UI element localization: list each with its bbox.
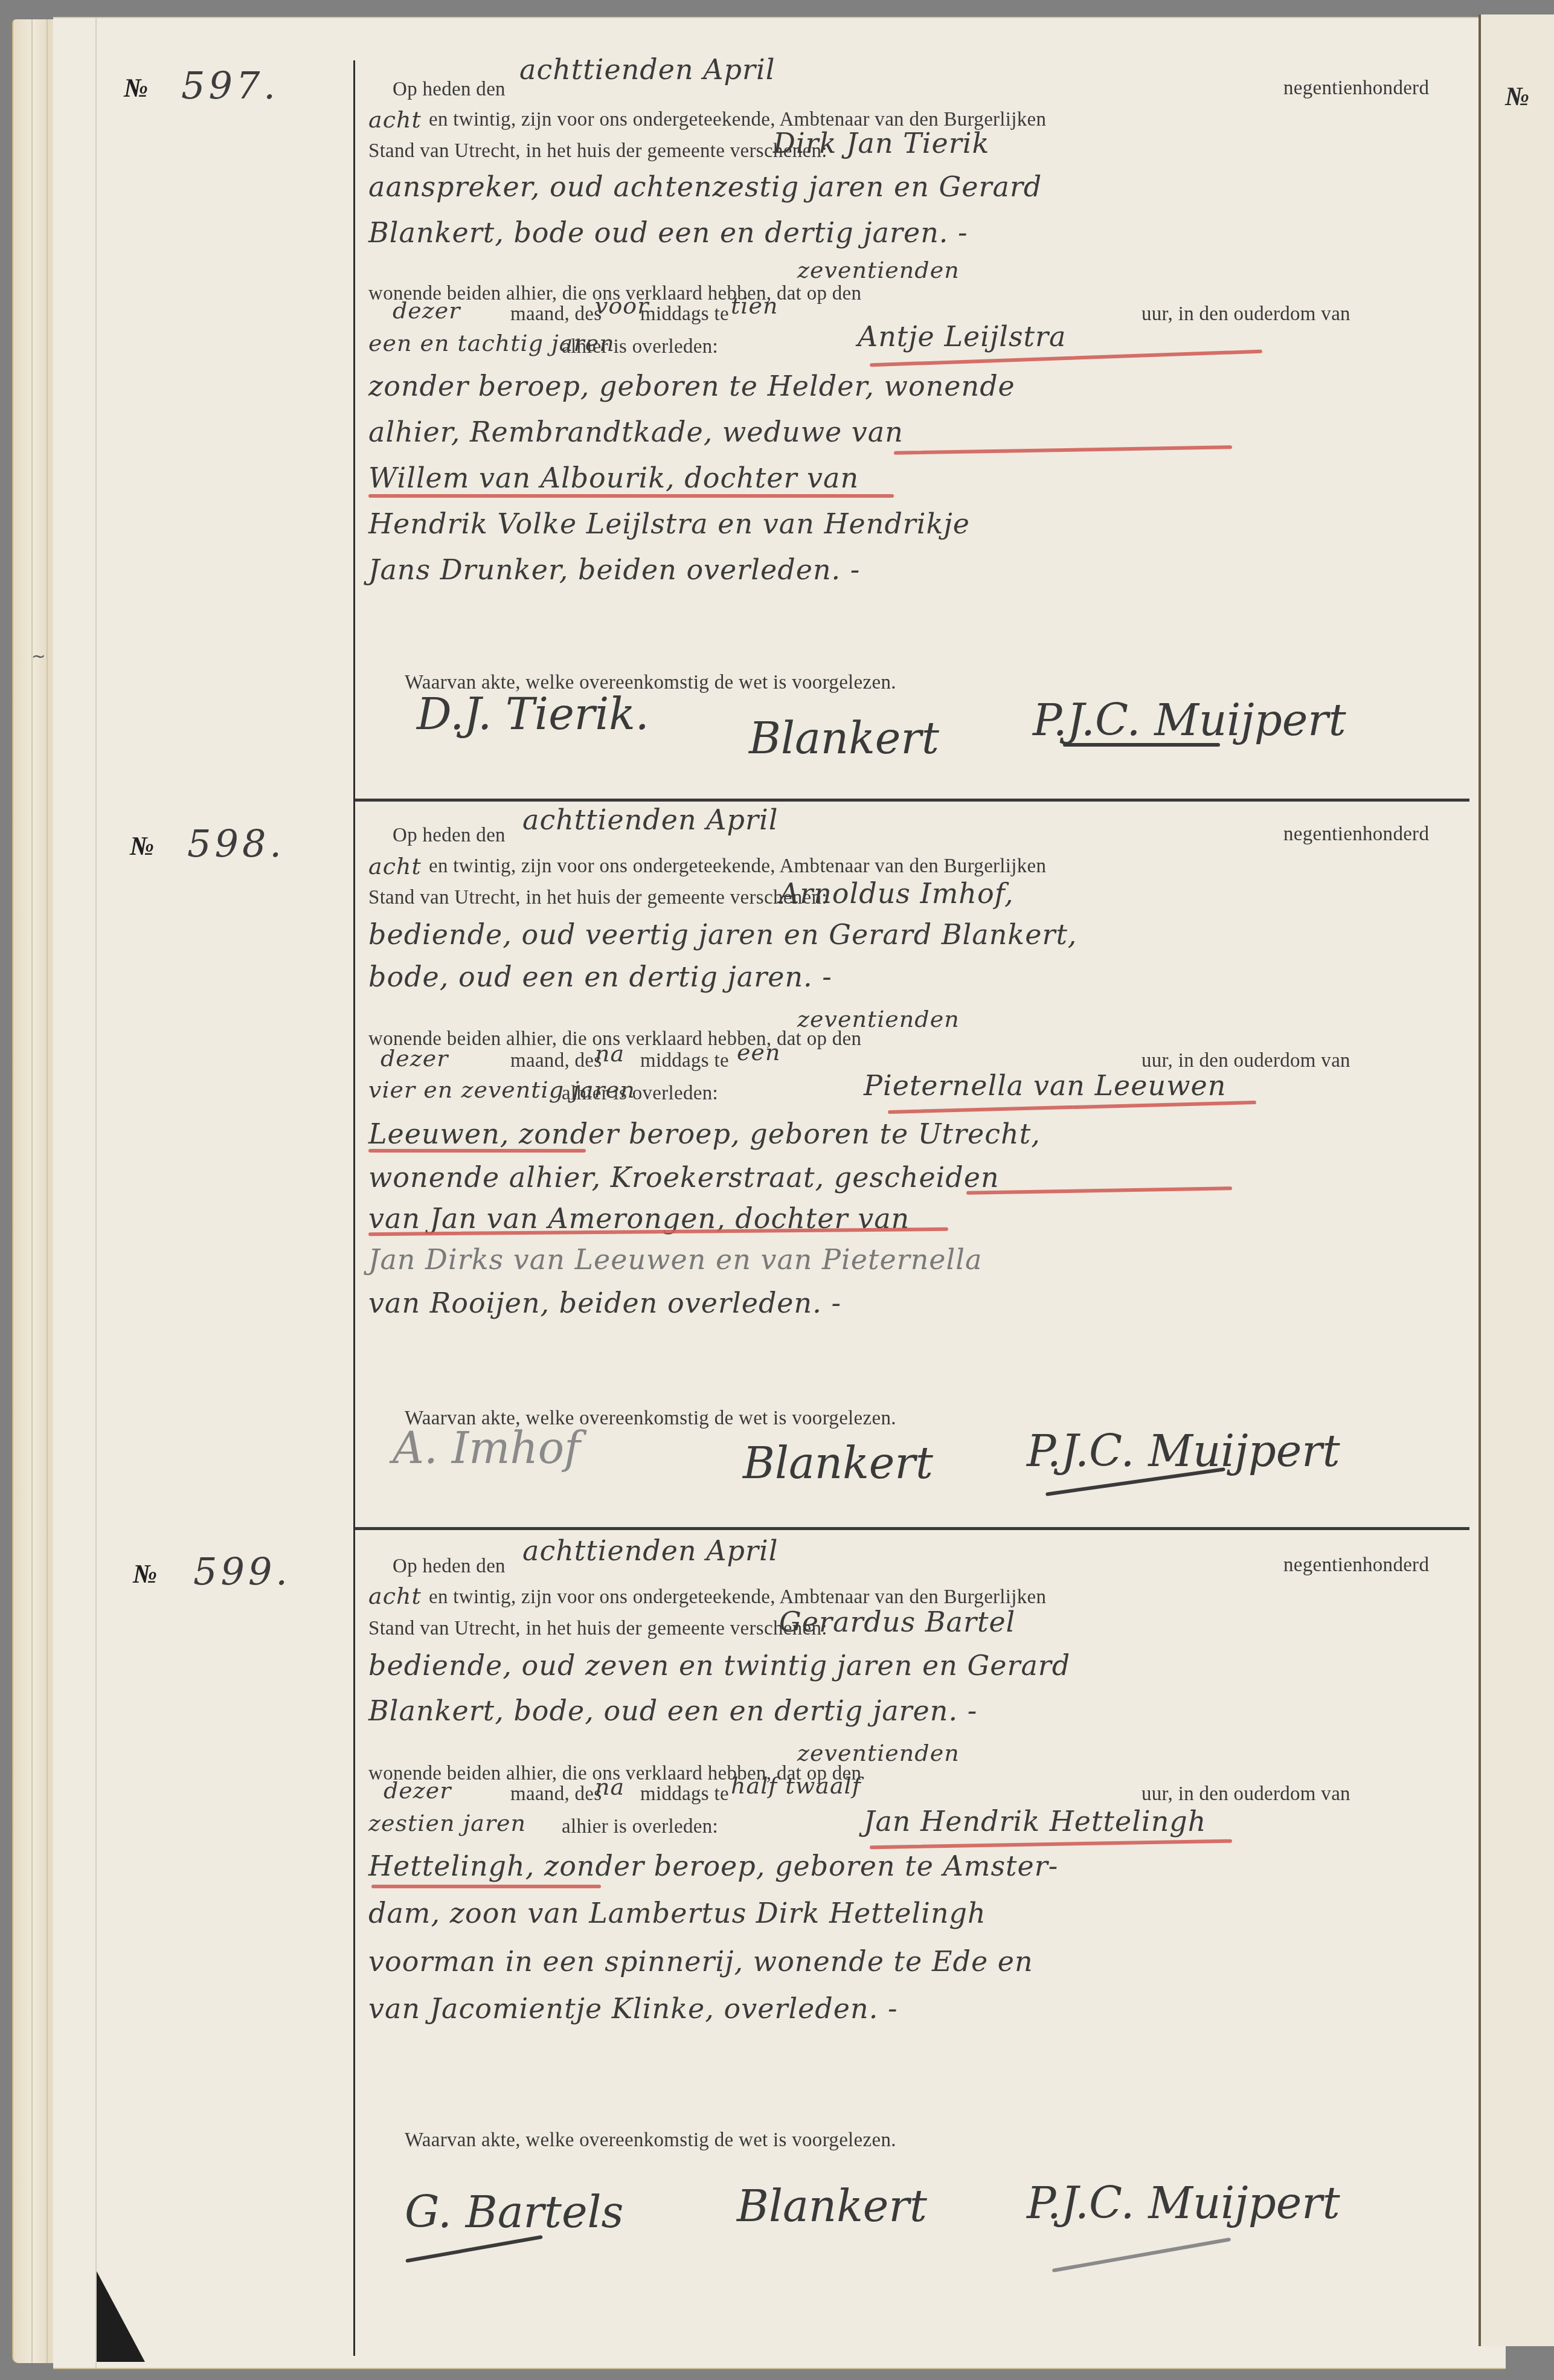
- age: zestien jaren: [368, 1810, 526, 1836]
- signature-declarant-1: D.J. Tierik.: [417, 689, 649, 739]
- hour: tien: [731, 292, 778, 319]
- detail-line: Jan Dirks van Leeuwen en van Pieternella: [368, 1243, 982, 1276]
- next-page-edge: №: [1479, 14, 1554, 2346]
- detail-line: Willem van Albourik, dochter van: [368, 462, 859, 494]
- death-day: zeventienden: [797, 1006, 960, 1032]
- printed-negentienhonderd: negentienhonderd: [1283, 77, 1429, 100]
- signature-declarant-2: Blankert: [749, 713, 939, 764]
- printed-op-heden: Op heden den: [393, 825, 506, 847]
- declarant-name: Arnoldus Imhof,: [779, 877, 1014, 910]
- signature-official: P.J.C. Muijpert: [1033, 695, 1346, 745]
- month-ref: dezer: [393, 297, 461, 324]
- signature-declarant-2: Blankert: [737, 2181, 927, 2231]
- printed-middags: middags te: [640, 1783, 729, 1806]
- month-ref: dezer: [380, 1045, 449, 1072]
- declarant-line: bediende, oud veertig jaren en Gerard Bl…: [368, 918, 1077, 951]
- printed-negentienhonderd: negentienhonderd: [1283, 823, 1429, 846]
- entry-separator: [355, 1527, 1469, 1530]
- part-of-day: na: [595, 1040, 624, 1067]
- year-handwritten: acht: [368, 106, 422, 133]
- date-handwritten: achttienden April: [522, 803, 778, 836]
- declarant-line: bode, oud een en dertig jaren. -: [368, 960, 832, 993]
- printed-maand: maand, des: [510, 1050, 602, 1072]
- date-handwritten: achttienden April: [522, 1534, 778, 1567]
- hour: een: [737, 1039, 780, 1066]
- detail-line: Hettelingh, zonder beroep, geboren te Am…: [368, 1850, 1058, 1882]
- declarant-line: Blankert, bode oud een en dertig jaren. …: [368, 216, 968, 249]
- signature-flourish: [1063, 743, 1220, 747]
- detail-line: Leeuwen, zonder beroep, geboren te Utrec…: [368, 1118, 1041, 1150]
- month-ref: dezer: [384, 1777, 452, 1804]
- printed-form-line3: Stand van Utrecht, in het huis der gemee…: [368, 140, 827, 162]
- column-rule: [353, 60, 355, 2356]
- year-handwritten: acht: [368, 1583, 422, 1609]
- red-underline: [371, 1885, 601, 1888]
- detail-line: Hendrik Volke Leijlstra en van Hendrikje: [368, 507, 970, 540]
- date-handwritten: achttienden April: [519, 53, 775, 86]
- entry-number: 598.: [187, 822, 285, 866]
- detail-line: voorman in een spinnerij, wonende te Ede…: [368, 1945, 1033, 1978]
- red-underline: [368, 494, 894, 498]
- entry-number: 597.: [181, 63, 279, 108]
- entry-number: 599.: [193, 1549, 291, 1594]
- detail-line: alhier, Rembrandtkade, weduwe van: [368, 416, 904, 448]
- entry-no-label: №: [133, 1558, 157, 1589]
- printed-middags: middags te: [640, 303, 729, 326]
- declarant-name: Gerardus Bartel: [779, 1606, 1015, 1638]
- declarant-name: Dirk Jan Tierik: [773, 127, 989, 159]
- printed-closing: Waarvan akte, welke overeenkomstig de we…: [405, 2129, 896, 2152]
- entry-no-label: №: [130, 831, 154, 861]
- detail-line: zonder beroep, geboren te Helder, wonend…: [368, 370, 1015, 402]
- next-page-number-label: №: [1505, 81, 1529, 112]
- printed-maand: maand, des: [510, 1783, 602, 1806]
- year-handwritten: acht: [368, 853, 422, 880]
- deceased-name: Pieternella van Leeuwen: [864, 1069, 1226, 1102]
- red-underline: [368, 1149, 586, 1153]
- detail-line: wonende alhier, Kroekerstraat, gescheide…: [368, 1161, 1000, 1194]
- margin-pencil-mark: ~: [31, 646, 45, 666]
- detail-line: van Jacomientje Klinke, overleden. -: [368, 1992, 897, 2025]
- death-day: zeventienden: [797, 257, 960, 283]
- death-day: zeventienden: [797, 1740, 960, 1766]
- printed-middags: middags te: [640, 1050, 729, 1072]
- deceased-name: Jan Hendrik Hettelingh: [864, 1805, 1206, 1838]
- hour: half twaalf: [731, 1772, 861, 1799]
- declarant-line: bediende, oud zeven en twintig jaren en …: [368, 1649, 1070, 1682]
- signature-declarant-1: A. Imhof: [393, 1423, 580, 1473]
- margin-rule: [95, 18, 97, 2368]
- declarant-line: Blankert, bode, oud een en dertig jaren.…: [368, 1694, 977, 1727]
- printed-op-heden: Op heden den: [393, 1555, 506, 1578]
- printed-negentienhonderd: negentienhonderd: [1283, 1554, 1429, 1577]
- printed-ouderdom: uur, in den ouderdom van: [1141, 1783, 1350, 1806]
- printed-overleden: alhier is overleden:: [562, 1082, 718, 1105]
- detail-line: dam, zoon van Lambertus Dirk Hettelingh: [368, 1897, 986, 1929]
- entry-no-label: №: [124, 72, 148, 103]
- signature-declarant-2: Blankert: [743, 1438, 933, 1488]
- printed-overleden: alhier is overleden:: [562, 1816, 718, 1838]
- part-of-day: na: [595, 1774, 624, 1800]
- printed-ouderdom: uur, in den ouderdom van: [1141, 303, 1350, 326]
- printed-form-line2: en twintig, zijn voor ons ondergeteekend…: [429, 855, 1046, 878]
- entry-separator: [355, 799, 1469, 802]
- signature-declarant-1: G. Bartels: [405, 2187, 624, 2237]
- detail-line: Jans Drunker, beiden overleden. -: [368, 553, 860, 586]
- printed-op-heden: Op heden den: [393, 79, 506, 101]
- printed-maand: maand, des: [510, 303, 602, 326]
- deceased-name: Antje Leijlstra: [858, 320, 1066, 353]
- signature-official: P.J.C. Muijpert: [1027, 2178, 1340, 2228]
- detail-line: van Rooijen, beiden overleden. -: [368, 1287, 841, 1319]
- declarant-line: aanspreker, oud achtenzestig jaren en Ge…: [368, 170, 1042, 203]
- printed-form-line3: Stand van Utrecht, in het huis der gemee…: [368, 887, 827, 909]
- ink-stain: [97, 2271, 145, 2362]
- printed-overleden: alhier is overleden:: [562, 336, 718, 358]
- printed-form-line3: Stand van Utrecht, in het huis der gemee…: [368, 1618, 827, 1640]
- signature-official: P.J.C. Muijpert: [1027, 1426, 1340, 1476]
